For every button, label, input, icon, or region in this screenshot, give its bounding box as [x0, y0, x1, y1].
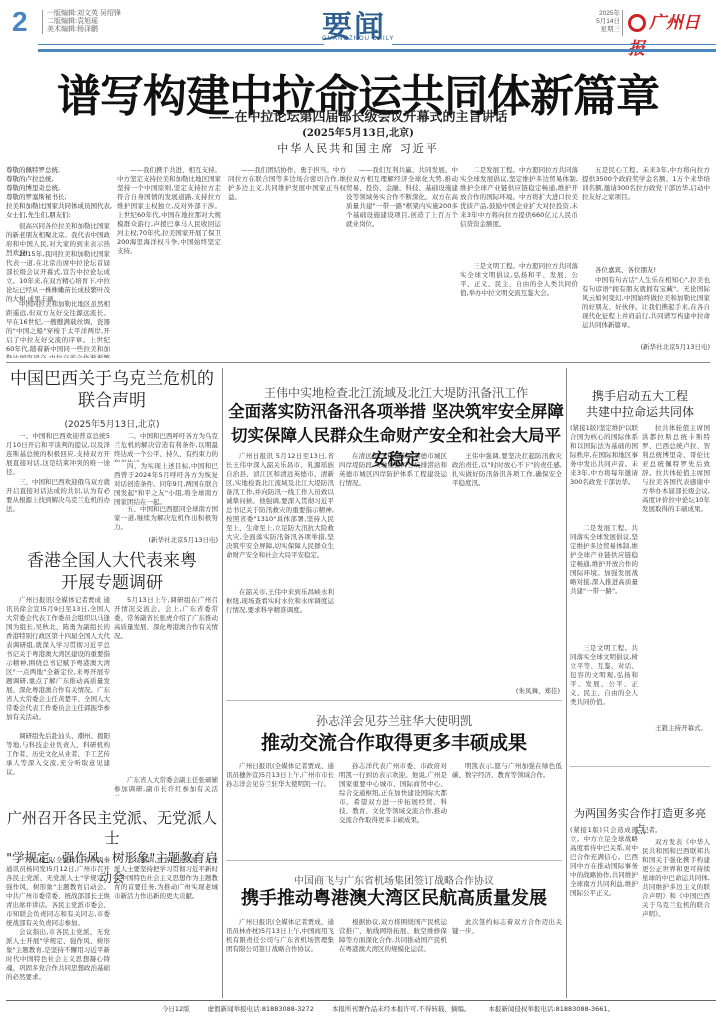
article-paragraph: 广州日报讯(全媒体记者贾成 通讯员徐会宣)5月9日至13日,全国人大常委会代表工…: [6, 596, 110, 736]
article-credit: (新华社北京5月13日电): [114, 535, 218, 544]
footer-fake-news-hotline: 虚假新闻举报电话:81883088-3272: [208, 1004, 314, 1013]
article-paragraph: 广州日报讯 5月12日至13日,省长王伟中深入韶关乐昌市、乳源瑶族自治县、浈江区…: [226, 452, 334, 588]
footer: 今日12版 虚假新闻举报电话:81883088-3272 本报所刊署作品未经本报…: [0, 1004, 716, 1013]
article-headline: 携手启动五大工程 共建中拉命运共同体: [570, 388, 710, 420]
section-subtitle: GUANGZHOU DAILY: [322, 36, 395, 42]
article-dateline: (2025年5月13日,北京): [6, 417, 218, 430]
article-paragraph: 记者。: [642, 826, 710, 838]
article-paragraph: 四、为实现上述目标,中国和巴西曾于2024年5月呼吁各方为恢复对话创造条件。同年…: [114, 462, 218, 510]
editor-line: 美术编辑:杨泽鹏: [47, 26, 121, 34]
article-paragraph: 二是发展工程。共同落实全球发展倡议,坚定维护多边贸易体制,维护全球产业链供应链稳…: [570, 524, 638, 644]
header-divider: [622, 10, 623, 36]
header-rule: [392, 44, 716, 45]
section-divider: [6, 362, 710, 363]
article-paragraph: 调研组先后赴汕头、潮州、揭阳等地,与科技企业负责人、科研机构工作者、历史文化从业…: [6, 732, 110, 796]
lead-dateline: (2025年5月13日,北京): [0, 124, 716, 139]
lead-paragraph: 二是发展工程。中方愿同拉方共同落实全球发展倡议,坚定维护多边贸易体制,维护全球产…: [460, 166, 578, 262]
article-headline: 携手推动粤港澳大湾区民航高质量发展: [226, 886, 562, 912]
article-paragraph: 广东省人大常委会副主任张硕辅参加调研,副市长许红参加有关活动。: [114, 776, 218, 796]
article-paragraph: 五、中国和巴西愿同全球南方国家一道,继续为解决危机作出积极努力。: [114, 505, 218, 533]
headline-line: 开展专题调研: [6, 572, 218, 594]
editor-line: 二版编辑:袁旭瑶: [47, 18, 121, 26]
date-day: 5月14日: [580, 18, 620, 26]
article-paragraph: 在韶关市,王伟中来到乐昌峡水利枢纽,现场查看实时水位和水库调度运行情况,要求科学…: [226, 588, 334, 684]
lead-paragraph: ——我们团结协作、勇于担当。中方同拉方在联合国等多边场合密切合作,维护多边主义,…: [228, 166, 346, 358]
header-rule: [38, 44, 324, 45]
section-divider: [226, 860, 562, 861]
lead-paragraph: ——我们互利共赢、共同发展。中拉双方相互理解经济全球化大势,推动贸易、投资、金融…: [346, 166, 458, 358]
page-number: 2: [12, 6, 28, 38]
article-paragraph: 明凯表示,愿与广州加强在绿色低碳、数字经济、教育等领域合作。: [452, 762, 562, 856]
footer-edition-count: 今日12版: [162, 1004, 190, 1013]
article-credit: (朱凤舞、郑佳): [452, 686, 560, 695]
article-paragraph: (紧接1版)坚定维护以联合国为核心的国际体系和以国际法为基础的国际秩序,在国际和…: [570, 424, 638, 524]
footer-rule: [6, 1000, 716, 1001]
article-paragraph: 5月13日上午,调研组在广州召开情况交流会。会上,广东省委常委、常务副省长张虎介…: [114, 596, 218, 776]
greeting-line: 女士们,先生们,朋友们:: [6, 211, 116, 220]
article-headline: 香港全国人大代表来粤 开展专题调研: [6, 550, 218, 594]
article-paragraph: 会议强调,市各民主党派、无党派人士要坚持把学习贯彻习近平新时代中国特色社会主义思…: [114, 856, 218, 998]
column-divider: [222, 368, 223, 998]
article-kicker: 王伟中实地检查北江流域及北江大堤防汛备汛工作: [226, 384, 566, 401]
article-headline: 推动交流合作取得更多丰硕成果: [226, 730, 562, 756]
headline-line: 携手启动五大工程: [570, 388, 710, 404]
editor-line: 一版编辑:刘文英 吴绍锋: [47, 10, 121, 18]
header-rule-thick: [38, 49, 716, 52]
article-paragraph: 会议指出,市各民主党派、无党派人士开展"学规定、强作风、树形象"主题教育,是坚持…: [6, 928, 110, 998]
headline-line: 香港全国人大代表来粤: [6, 550, 218, 572]
lead-paragraph: 五是民心工程。未来3年,中方将向拉方提供3500个政府奖学金名额、1万个来华培训…: [582, 166, 710, 266]
article-paragraph: 三是文明工程。共同落实全球文明倡议,树立平等、互鉴、对话、包容的文明观,弘扬和平…: [570, 644, 638, 744]
lead-byline: 中华人民共和国主席 习近平: [0, 140, 716, 156]
greeting-line: 尊敬的佩特罗总统,: [6, 166, 116, 175]
greeting-line: 尊敬的博里奇总统,: [6, 184, 116, 193]
footer-copyright-notice: 本报所刊署作品未经本报许可,不得转载、摘编。: [332, 1004, 471, 1013]
headline-line: 共建中拉命运共同体: [570, 404, 710, 420]
article-paragraph: 广州日报讯(全媒体记者贾成、通讯员穗外宣)5月13日上午,广州市市长孙志洋会见芬…: [226, 762, 334, 856]
article-paragraph: 在清远市,王伟中来到英德市城区四岸堤防段,实地检查阿公坑排涝站和英德市城区四岸防…: [339, 452, 447, 684]
lead-paragraph: ——我们携手共进、相互支持。中方坚定支持拉美和加勒比地区国家坚持一个中国原则,坚…: [117, 166, 221, 358]
article-paragraph: 此次签约标志着双方合作迈出关键一步。: [452, 918, 562, 998]
article-paragraph: 三、中国和巴西欢迎俄乌双方就开启直接对话达成的共识,认为有必要从根源上找到解决乌…: [6, 478, 110, 538]
article-kicker: 中国商飞与广东省机场集团签订战略合作协议: [226, 872, 562, 887]
headline-line: 联合声明: [6, 390, 218, 412]
date-year: 2025年: [580, 10, 620, 18]
article-paragraph: 王毅主持开幕式。: [642, 724, 710, 738]
lead-paragraph: 中国同拉美和加勒比地区虽然相距遥远,但双方友好交往源远流长。早在16世纪,一艘艘…: [6, 300, 110, 358]
issue-date: 2025年 5月14日 星期三: [580, 10, 620, 34]
greeting-line: 拉美和加勒比国家共同体成员国代表,: [6, 202, 116, 211]
lead-subhead: ——在中拉论坛第四届部长级会议开幕式的主旨讲话: [0, 106, 716, 125]
lead-greetings: 尊敬的佩特罗总统, 尊敬的卢拉总统, 尊敬的博里奇总统, 尊敬的罗塞斯秘书长, …: [6, 166, 116, 228]
article-paragraph: (紧接1版)只会造成孤立。中方立足全球战略高度看待中巴关系,对中巴合作充满信心。…: [570, 826, 638, 998]
date-weekday: 星期三: [580, 26, 620, 34]
article-paragraph: 根据协议,双方将围绕国产民机运营推广、航线网络拓展、航空维修保障等方面深化合作,…: [339, 918, 447, 998]
lead-paragraph: 各位嘉宾、各位朋友!: [582, 266, 710, 275]
article-paragraph: 孙志洋代表广州市委、市政府对明凯一行到访表示欢迎。他说,广州是国家重要中心城市、…: [339, 762, 447, 856]
article-kicker: 孙志洋会见芬兰驻华大使明凯: [226, 712, 562, 729]
greeting-line: 尊敬的罗塞斯秘书长,: [6, 193, 116, 202]
column-divider: [566, 368, 567, 998]
article-paragraph: 王伟中强调,要坚决扛起防汛救灾政治责任,以"时时放心不下"的责任感,扎实做好防汛…: [452, 452, 562, 684]
logo-emblem-icon: [628, 14, 646, 32]
masthead-logo: 广州日报: [628, 8, 716, 60]
article-paragraph: 拉共体轮值主席国洪都拉斯总统卡斯特罗、巴西总统卢拉、智利总统博里奇、哥伦比亚总统…: [642, 424, 710, 720]
headline-line: 中国巴西关于乌克兰危机的: [6, 368, 218, 390]
lead-credit: (新华社北京5月13日电): [582, 342, 710, 351]
headline-line: 全面落实防汛备汛各项举措 坚决筑牢安全屏障: [226, 400, 566, 424]
article-paragraph: 广州日报讯(全媒体记者杨明秦 通讯员杨同发)5月12日,广州市召开各民主党派、无…: [6, 856, 110, 928]
article-paragraph: 广州日报讯(全媒体记者贾成、通讯员林亦枕)5月13日上午,中国商用飞机有限责任公…: [226, 918, 334, 998]
section-divider: [226, 700, 562, 701]
article-paragraph: 二、中国和巴西呼吁各方为乌克兰危机的解决营造有利条件,以期最终达成一个公平、持久…: [114, 432, 218, 462]
article-headline: 中国巴西关于乌克兰危机的 联合声明: [6, 368, 218, 412]
greeting-line: 尊敬的卢拉总统,: [6, 175, 116, 184]
editor-credits: 一版编辑:刘文英 吴绍锋 二版编辑:袁旭瑶 美术编辑:杨泽鹏: [42, 10, 121, 34]
lead-paragraph: 三是文明工程。中方愿同拉方共同落实全球文明倡议,弘扬和平、发展、公平、正义、民主…: [460, 262, 578, 358]
headline-line: 广州召开各民主党派、无党派人士: [6, 808, 218, 848]
article-paragraph: 双方发表《中华人民共和国和巴西联邦共和国关于强化携手构建更公正世界和更可持续星球…: [642, 838, 710, 998]
section-divider: [570, 766, 710, 767]
lead-paragraph: 中国有句古话"人生乐在相知心",拉美也有句谚语"拥有朋友就拥有宝藏"。无论国际风…: [582, 276, 710, 340]
footer-infringement-hotline: 本报新闻侵权举报电话:81883088-3661。: [488, 1004, 614, 1013]
